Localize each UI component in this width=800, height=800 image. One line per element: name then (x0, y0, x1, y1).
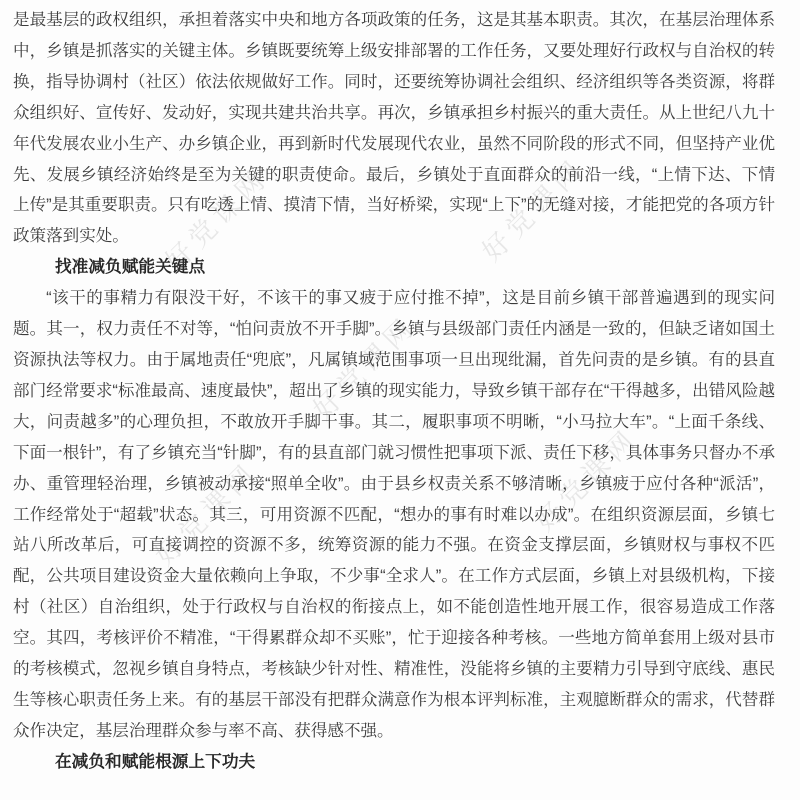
article-body: 是最基层的政权组织，承担着落实中央和地方各项政策的任务，这是其基本职责。其次，在… (0, 0, 800, 778)
section-heading: 在减负和赋能根源上下功夫 (13, 747, 775, 778)
document-page: 好党课网好党课网好党课网好党课网好党课网 是最基层的政权组织，承担着落实中央和地… (0, 0, 800, 800)
paragraph: “该干的事精力有限没干好，不该干的事又疲于应付推不掉”，这是目前乡镇干部普遍遇到… (13, 283, 775, 747)
paragraph: 是最基层的政权组织，承担着落实中央和地方各项政策的任务，这是其基本职责。其次，在… (13, 5, 775, 252)
section-heading: 找准减负赋能关键点 (13, 252, 775, 283)
